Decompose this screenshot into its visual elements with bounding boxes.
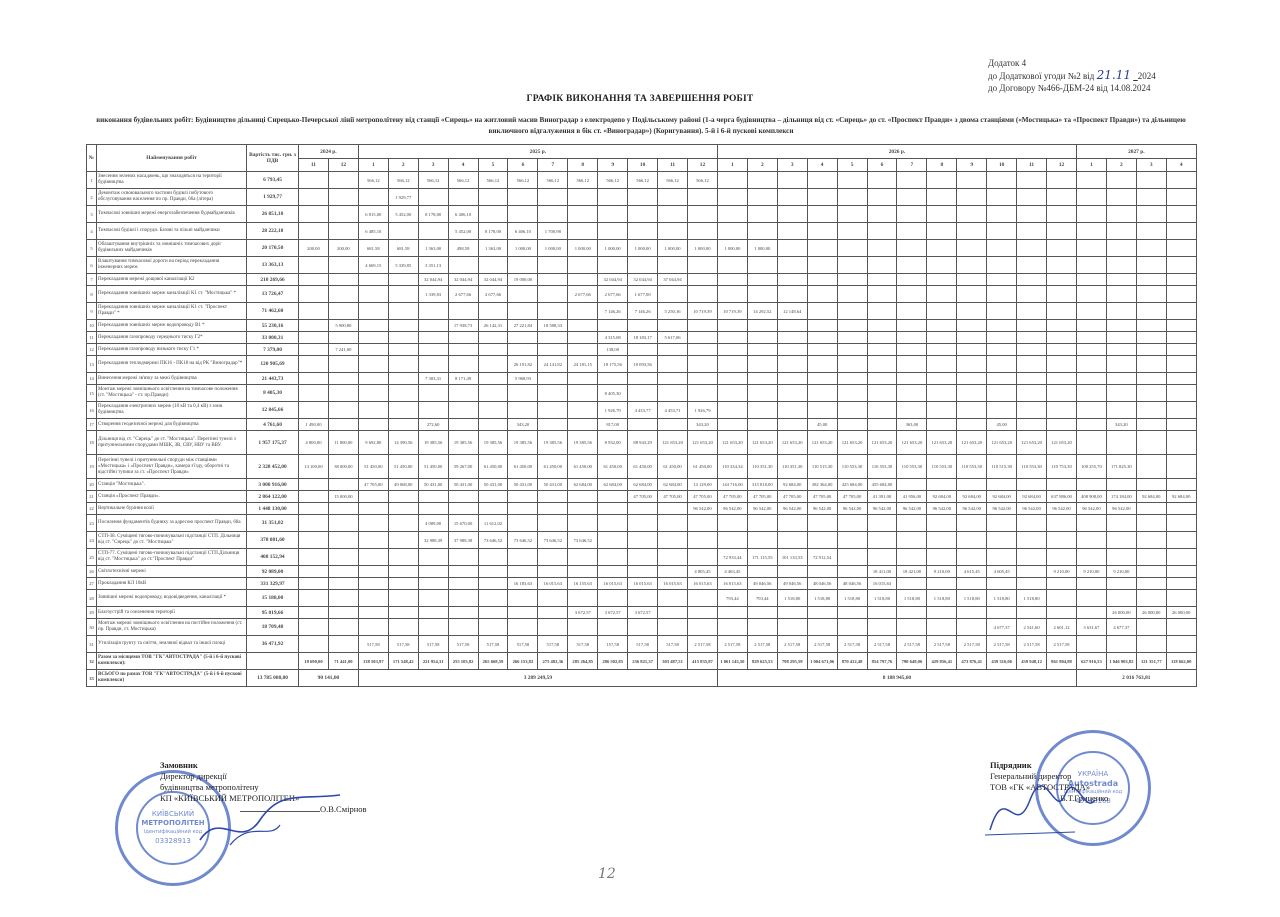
month-value xyxy=(628,503,658,515)
month-value xyxy=(987,479,1017,491)
month-value xyxy=(448,344,478,356)
month-value: 566,12 xyxy=(478,172,508,189)
header-month: 2 xyxy=(388,159,418,172)
month-value xyxy=(747,607,777,619)
month-value xyxy=(687,206,717,223)
month-value xyxy=(747,385,777,402)
month-value: 61 450,00 xyxy=(598,455,628,479)
row-number: 10 xyxy=(87,320,97,332)
month-value xyxy=(747,223,777,240)
work-cost: 92 089,00 xyxy=(247,566,299,578)
month-value: 517,58 xyxy=(568,636,598,653)
month-value: 51 450,00 xyxy=(418,455,448,479)
month-value xyxy=(897,479,927,491)
month-value xyxy=(299,303,329,320)
month-value: 96 542,00 xyxy=(747,503,777,515)
month-value xyxy=(987,172,1017,189)
month-value xyxy=(1166,419,1196,431)
month-value: 10 093,56 xyxy=(628,356,658,373)
work-cost xyxy=(247,653,299,670)
month-value xyxy=(897,320,927,332)
month-value xyxy=(807,385,837,402)
month-value: 1 000,00 xyxy=(658,240,688,257)
month-value xyxy=(1136,257,1166,274)
row-number: 4 xyxy=(87,223,97,240)
month-value: 110 753,30 xyxy=(1047,455,1077,479)
header-month: 3 xyxy=(418,159,448,172)
month-value: 4 453,71 xyxy=(658,402,688,419)
month-value: 19 385,56 xyxy=(418,431,448,455)
month-value xyxy=(448,257,478,274)
month-value xyxy=(717,419,747,431)
month-value: 429 856,41 xyxy=(927,653,957,670)
month-value xyxy=(1076,402,1106,419)
month-value xyxy=(987,356,1017,373)
month-value xyxy=(1106,223,1136,240)
month-value xyxy=(448,549,478,566)
month-value xyxy=(1047,373,1077,385)
row-number: 26 xyxy=(87,566,97,578)
table-row: 33ВСЬОГО по рамах ТОВ "ГК"АВТОСТРАДА" (5… xyxy=(87,670,1197,687)
month-value: 110 351,30 xyxy=(777,455,807,479)
work-name: Дільниця від ст. "Сирець" до ст. "Мостиц… xyxy=(97,431,247,455)
month-value xyxy=(299,320,329,332)
month-value: 16 015,63 xyxy=(628,578,658,590)
month-value: 59 267,00 xyxy=(448,455,478,479)
month-value: 343,20 xyxy=(1106,419,1136,431)
month-value xyxy=(658,607,688,619)
month-value xyxy=(1017,206,1047,223)
month-value xyxy=(658,286,688,303)
month-value xyxy=(568,566,598,578)
month-value xyxy=(328,619,358,636)
month-value: 517,58 xyxy=(628,636,658,653)
table-row: 30Монтаж мережі зовнішнього освітлення н… xyxy=(87,619,1197,636)
customer-role: Замовник xyxy=(160,760,367,771)
month-value: 1 339,83 xyxy=(418,286,448,303)
month-value: 51 450,00 xyxy=(358,455,388,479)
month-value xyxy=(658,566,688,578)
month-value: 101 133,53 xyxy=(777,549,807,566)
month-value xyxy=(717,515,747,532)
month-value xyxy=(328,607,358,619)
month-value xyxy=(478,619,508,636)
month-value xyxy=(837,206,867,223)
handwritten-date: 21.11 xyxy=(1097,68,1131,82)
month-value xyxy=(358,515,388,532)
header-year: 2026 р. xyxy=(717,145,1076,159)
table-row: 4Тимчасові будівлі і споруди. Базові та … xyxy=(87,223,1197,240)
month-value xyxy=(388,303,418,320)
month-value xyxy=(628,257,658,274)
row-number: 17 xyxy=(87,419,97,431)
month-value xyxy=(1017,274,1047,286)
row-number: 25 xyxy=(87,549,97,566)
header-month: 7 xyxy=(538,159,568,172)
month-value xyxy=(388,223,418,240)
month-value: 829 625,53 xyxy=(747,653,777,670)
month-value xyxy=(628,344,658,356)
month-value xyxy=(687,257,717,274)
month-value xyxy=(1136,172,1166,189)
month-value: 3 631,67 xyxy=(1076,619,1106,636)
table-row: 28Зовнішні мережі водопроводу, водовідве… xyxy=(87,590,1197,607)
month-value: 1 677,00 xyxy=(628,286,658,303)
month-value xyxy=(568,549,598,566)
month-value xyxy=(1136,566,1166,578)
month-value xyxy=(1166,566,1196,578)
row-number: 3 xyxy=(87,206,97,223)
month-value xyxy=(897,172,927,189)
month-value xyxy=(807,172,837,189)
month-value xyxy=(448,332,478,344)
month-value xyxy=(957,274,987,286)
month-value xyxy=(747,172,777,189)
month-value: 1 518,80 xyxy=(777,590,807,607)
month-value xyxy=(927,223,957,240)
month-value xyxy=(538,515,568,532)
month-value: 439 948,12 xyxy=(1017,653,1047,670)
month-value: 1 929,77 xyxy=(388,189,418,206)
month-value: 24 181,15 xyxy=(568,356,598,373)
month-value xyxy=(1076,373,1106,385)
month-value xyxy=(418,344,448,356)
table-row: 15Монтаж мережі зовнішнього освітлення н… xyxy=(87,385,1197,402)
month-value xyxy=(388,286,418,303)
work-name: Прокладання КЛ 10кВ xyxy=(97,578,247,590)
work-cost: 28 222,18 xyxy=(247,223,299,240)
month-value xyxy=(867,223,897,240)
row-number: 18 xyxy=(87,431,97,455)
month-value xyxy=(1166,402,1196,419)
month-value xyxy=(867,189,897,206)
month-value xyxy=(628,223,658,240)
table-row: 22Вертикальне буріння колії1 448 130,009… xyxy=(87,503,1197,515)
month-value: 5 250,16 xyxy=(658,303,688,320)
month-value xyxy=(1076,515,1106,532)
month-value xyxy=(388,385,418,402)
month-value: 110 553,30 xyxy=(1017,455,1047,479)
month-value xyxy=(358,590,388,607)
month-value xyxy=(508,303,538,320)
month-value: 1 000,00 xyxy=(628,240,658,257)
work-name: Монтаж мережі зовнішнього освітлення на … xyxy=(97,385,247,402)
month-value: 41 956,00 xyxy=(897,491,927,503)
month-value: 566,12 xyxy=(598,172,628,189)
month-value: 3 672,57 xyxy=(628,607,658,619)
month-value xyxy=(568,320,598,332)
month-value xyxy=(299,402,329,419)
month-value: 118 662,00 xyxy=(1166,653,1196,670)
month-value xyxy=(328,578,358,590)
month-value xyxy=(1047,402,1077,419)
month-value xyxy=(1166,344,1196,356)
month-value: 16 015,63 xyxy=(658,578,688,590)
month-value: 13 100,00 xyxy=(299,455,329,479)
month-value: 255 103,82 xyxy=(448,653,478,670)
month-value: 4 089,00 xyxy=(418,515,448,532)
month-value xyxy=(508,385,538,402)
month-value xyxy=(1076,549,1106,566)
table-row: 27Прокладання КЛ 10кВ331 329,9716 183,63… xyxy=(87,578,1197,590)
month-value xyxy=(1106,431,1136,455)
month-value xyxy=(957,240,987,257)
month-value xyxy=(299,578,329,590)
header-month: 12 xyxy=(687,159,717,172)
month-value xyxy=(867,274,897,286)
month-value xyxy=(1047,189,1077,206)
month-value: 110 553,30 xyxy=(867,455,897,479)
table-row: 17Створення геодезичної мережі для будів… xyxy=(87,419,1197,431)
month-value xyxy=(717,607,747,619)
month-value xyxy=(777,607,807,619)
month-value xyxy=(807,607,837,619)
month-value xyxy=(299,549,329,566)
month-value: 121 653,20 xyxy=(957,431,987,455)
month-value xyxy=(598,590,628,607)
month-value xyxy=(358,189,388,206)
work-cost: 8 405,30 xyxy=(247,385,299,402)
month-value: 627 916,53 xyxy=(1076,653,1106,670)
month-value: 8 178,00 xyxy=(478,223,508,240)
month-value xyxy=(598,223,628,240)
month-value xyxy=(807,619,837,636)
month-value xyxy=(1076,532,1106,549)
month-value: 566,12 xyxy=(508,172,538,189)
month-value xyxy=(1076,607,1106,619)
month-value xyxy=(1017,332,1047,344)
month-value xyxy=(957,223,987,240)
month-value xyxy=(927,344,957,356)
header-year: 2025 р. xyxy=(358,145,717,159)
month-value: 121 351,77 xyxy=(1136,653,1166,670)
month-value: 817,00 xyxy=(598,419,628,431)
month-value xyxy=(418,503,448,515)
month-value: 96 542,00 xyxy=(807,503,837,515)
document-reference: Додаток 4 до Додаткової угоди №2 від 21.… xyxy=(988,57,1156,94)
month-value xyxy=(837,373,867,385)
work-cost: 13 363,13 xyxy=(247,257,299,274)
month-value xyxy=(837,607,867,619)
month-value xyxy=(1047,240,1077,257)
month-value xyxy=(837,532,867,549)
header-month: 1 xyxy=(1076,159,1106,172)
month-value xyxy=(837,344,867,356)
month-value xyxy=(328,515,358,532)
month-value xyxy=(987,515,1017,532)
month-value xyxy=(837,189,867,206)
month-value xyxy=(717,320,747,332)
month-value xyxy=(837,549,867,566)
month-value xyxy=(328,402,358,419)
header-month: 4 xyxy=(807,159,837,172)
month-value xyxy=(1106,303,1136,320)
month-value: 121 653,20 xyxy=(658,431,688,455)
month-value: 2 517,58 xyxy=(1047,636,1077,653)
month-value xyxy=(568,419,598,431)
month-value xyxy=(1017,402,1047,419)
month-value xyxy=(897,189,927,206)
month-value: 32 044,94 xyxy=(598,274,628,286)
month-value xyxy=(867,172,897,189)
work-cost: 3 000 916,00 xyxy=(247,479,299,491)
month-value xyxy=(628,320,658,332)
header-year: 2024 р. xyxy=(299,145,359,159)
month-value: 8 171,49 xyxy=(448,373,478,385)
month-value: 96 542,00 xyxy=(837,503,867,515)
table-row: 25СТП-77. Суміщені тягово-понижувальні п… xyxy=(87,549,1197,566)
table-row: 19Перегінні тунелі і притуннельні споруд… xyxy=(87,455,1197,479)
month-value: 73 646,52 xyxy=(568,532,598,549)
month-value: 16 183,63 xyxy=(508,578,538,590)
month-value xyxy=(1076,257,1106,274)
month-value xyxy=(568,223,598,240)
month-value xyxy=(1166,385,1196,402)
month-value xyxy=(328,503,358,515)
month-value xyxy=(897,373,927,385)
month-value xyxy=(598,515,628,532)
month-value xyxy=(957,286,987,303)
month-value xyxy=(927,532,957,549)
month-value xyxy=(568,344,598,356)
month-value xyxy=(628,590,658,607)
month-value xyxy=(448,402,478,419)
month-value xyxy=(328,286,358,303)
work-name: Перекладання електричних мереж (10 кВ та… xyxy=(97,402,247,419)
month-value xyxy=(897,240,927,257)
month-value xyxy=(717,356,747,373)
month-value xyxy=(388,503,418,515)
row-number: 5 xyxy=(87,240,97,257)
month-value xyxy=(777,206,807,223)
month-value xyxy=(299,189,329,206)
month-value xyxy=(777,286,807,303)
row-number: 2 xyxy=(87,189,97,206)
month-value xyxy=(538,402,568,419)
month-value: 18 183,17 xyxy=(628,332,658,344)
month-value xyxy=(807,402,837,419)
month-value: 266 153,82 xyxy=(508,653,538,670)
month-value xyxy=(807,274,837,286)
month-value xyxy=(957,189,987,206)
work-cost: 1 957 175,37 xyxy=(247,431,299,455)
month-value xyxy=(1136,206,1166,223)
month-value xyxy=(897,206,927,223)
month-value xyxy=(538,385,568,402)
month-value: 73 646,52 xyxy=(478,532,508,549)
month-value xyxy=(837,223,867,240)
month-value xyxy=(807,532,837,549)
month-value xyxy=(478,607,508,619)
table-row: 14Винесення мережі зв'язку за межі будів… xyxy=(87,373,1197,385)
month-value xyxy=(897,402,927,419)
work-cost: 4 761,60 xyxy=(247,419,299,431)
month-value: 2 517,58 xyxy=(717,636,747,653)
month-value: 16 155,63 xyxy=(568,578,598,590)
month-value xyxy=(1076,332,1106,344)
month-value: 5 452,00 xyxy=(448,223,478,240)
month-value: 96 542,00 xyxy=(777,503,807,515)
month-value xyxy=(358,419,388,431)
month-value: 2 517,58 xyxy=(807,636,837,653)
month-value xyxy=(957,206,987,223)
month-value xyxy=(927,172,957,189)
month-value xyxy=(478,402,508,419)
month-value: 62 684,00 xyxy=(568,479,598,491)
month-value xyxy=(478,491,508,503)
month-value: 6 815,00 xyxy=(358,206,388,223)
month-value xyxy=(807,344,837,356)
month-value xyxy=(658,257,688,274)
month-value: 256 821,37 xyxy=(628,653,658,670)
month-value xyxy=(987,532,1017,549)
month-value xyxy=(957,172,987,189)
month-value xyxy=(1047,206,1077,223)
month-value xyxy=(897,619,927,636)
month-value xyxy=(957,344,987,356)
month-value xyxy=(777,532,807,549)
month-value: 92 684,00 xyxy=(777,479,807,491)
header-month: 3 xyxy=(777,159,807,172)
month-value: 2 601,12 xyxy=(1047,619,1077,636)
month-value xyxy=(1047,257,1077,274)
month-value xyxy=(328,332,358,344)
month-value xyxy=(1047,549,1077,566)
month-value: 32 044,94 xyxy=(628,274,658,286)
month-value: 681,58 xyxy=(358,240,388,257)
month-value xyxy=(628,373,658,385)
month-value xyxy=(358,385,388,402)
month-value xyxy=(1136,320,1166,332)
month-value xyxy=(328,636,358,653)
month-value xyxy=(1106,189,1136,206)
month-value xyxy=(508,206,538,223)
month-value: 5 968,93 xyxy=(508,373,538,385)
month-value xyxy=(358,578,388,590)
month-value xyxy=(478,549,508,566)
month-value xyxy=(1136,240,1166,257)
month-value: 382 364,00 xyxy=(807,479,837,491)
month-value xyxy=(837,320,867,332)
month-value: 5 452,00 xyxy=(388,206,418,223)
month-value: 11 800,00 xyxy=(328,431,358,455)
month-value xyxy=(1166,332,1196,344)
month-value: 47 705,00 xyxy=(777,491,807,503)
month-value xyxy=(927,619,957,636)
month-value xyxy=(1047,320,1077,332)
month-value xyxy=(628,419,658,431)
work-cost: 12 845,66 xyxy=(247,402,299,419)
page-number: 12 xyxy=(598,866,616,882)
month-value xyxy=(508,549,538,566)
month-value xyxy=(1136,479,1166,491)
month-value xyxy=(987,189,1017,206)
header-month: 9 xyxy=(598,159,628,172)
month-value xyxy=(328,419,358,431)
table-row: 16Перекладання електричних мереж (10 кВ … xyxy=(87,402,1197,419)
month-value xyxy=(1136,223,1166,240)
month-value: 61 450,00 xyxy=(478,455,508,479)
month-value xyxy=(448,356,478,373)
month-value: 110 334,34 xyxy=(717,455,747,479)
month-value xyxy=(957,385,987,402)
month-value xyxy=(299,619,329,636)
work-name: Тимчасові зовнішні мережі енергозабезпеч… xyxy=(97,206,247,223)
table-row: 8Перекладання зовнішніх мереж каналізаці… xyxy=(87,286,1197,303)
month-value xyxy=(777,332,807,344)
month-value: 1 518,80 xyxy=(897,590,927,607)
month-value: 26 000,00 xyxy=(1136,607,1166,619)
